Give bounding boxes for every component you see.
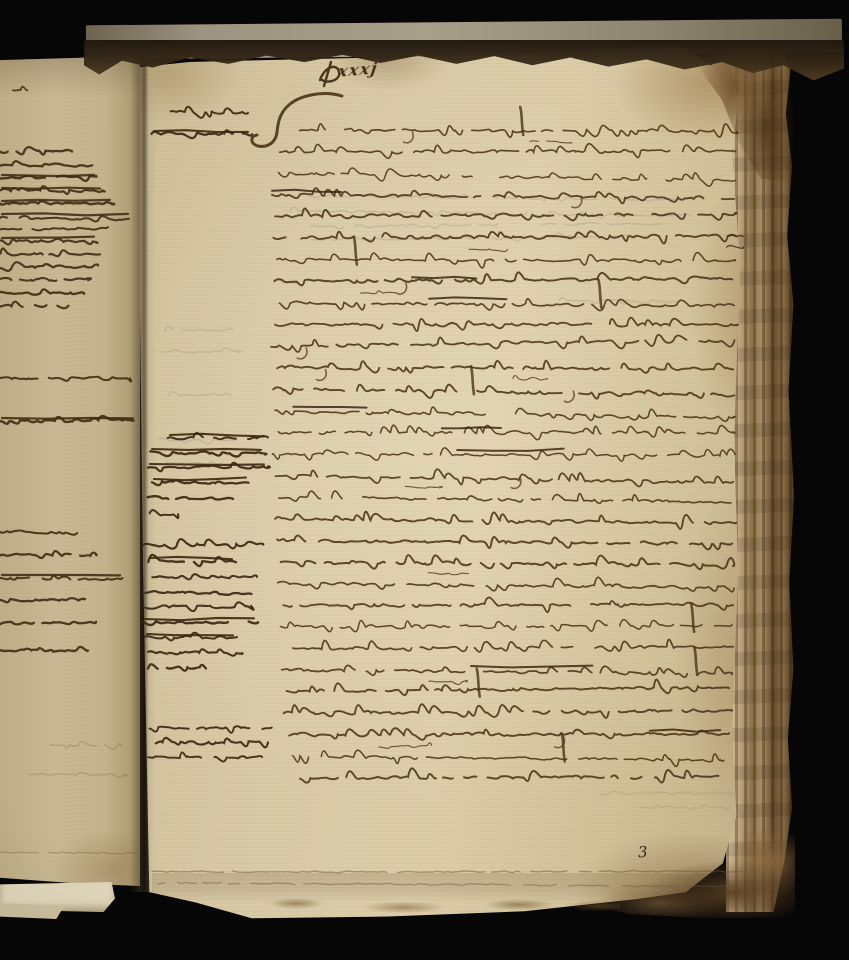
page-number: 3: [637, 843, 648, 862]
handwriting-ink-overlay: [0, 0, 849, 960]
corner-numeral: 2.: [667, 49, 681, 66]
folio-numeral: xxxj: [337, 58, 380, 81]
manuscript-photo: xxxj 2. 3: [0, 0, 849, 960]
